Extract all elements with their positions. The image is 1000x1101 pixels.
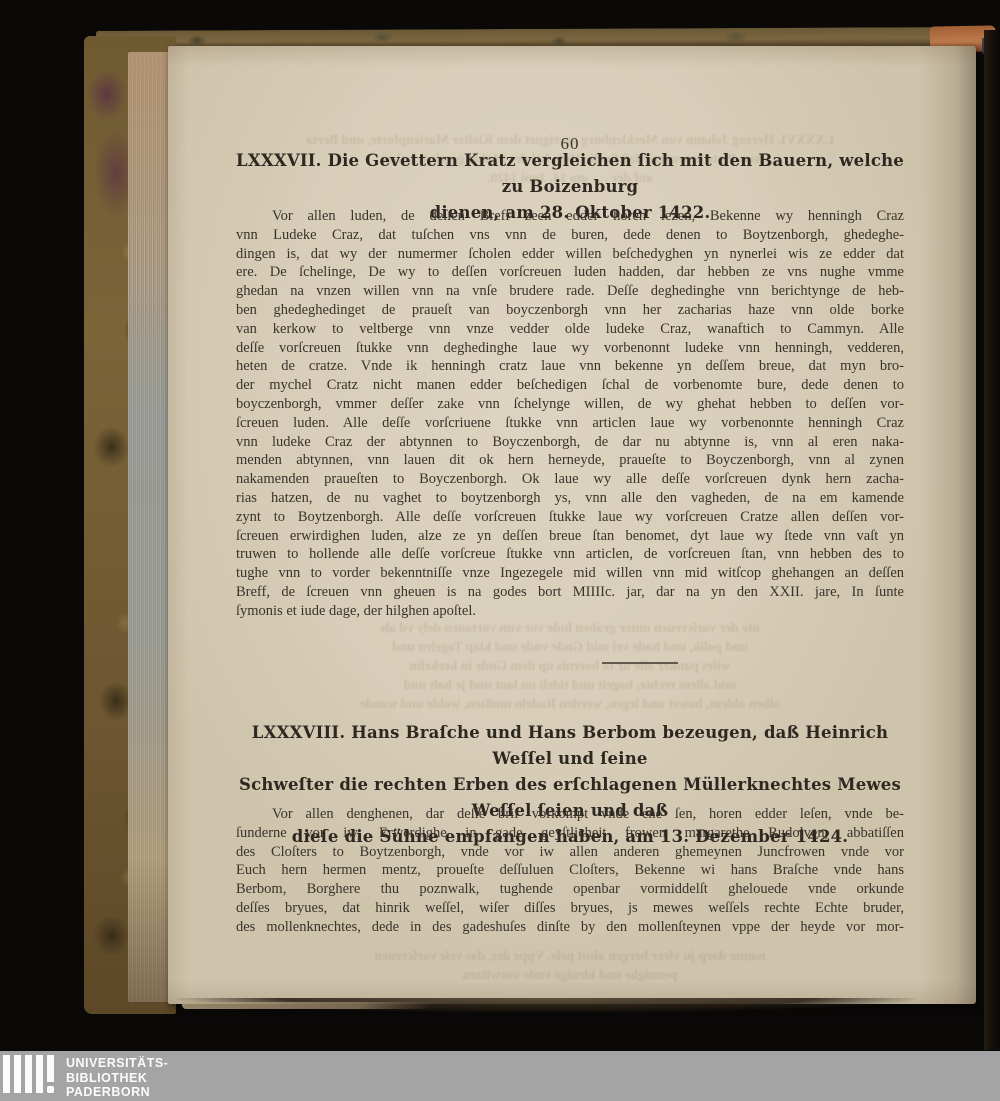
text-line: tughe vnn to vorder bekenntniſſe vnze In… [236, 564, 904, 583]
text-line: deſſes bryues, dat hinrik weſſel, wiſer … [236, 899, 904, 918]
charter-87-body: Vor allen luden, de deſſen Breff zeen ed… [236, 207, 904, 621]
text-line: wiſes panker alle ur to borenis up dem G… [206, 656, 934, 675]
page-bottom-sliver [182, 1002, 432, 1009]
text-line: Vor allen denghenen, dar deſſe brif vork… [236, 805, 904, 824]
text-line: ſcreuen luden. Alle deſſe vorſcriuene ſt… [236, 414, 904, 433]
text-line: ben ghedeghedinget de praueſt van boycze… [236, 301, 904, 320]
text-line: und poſik, und hade vel mid Gude vnde un… [206, 637, 934, 656]
text-line: boyczenborgh, vmmer deſſer zake vnn ſche… [236, 395, 904, 414]
logo-bar [47, 1055, 54, 1082]
text-line: namte darp ju vleer bergen alsut pele. V… [206, 946, 934, 965]
library-logo-icon [3, 1055, 54, 1093]
book-page: LXXXVI. Herzog Johann von Mecklenburg ve… [168, 46, 976, 1004]
text-line: vnn Ludeke Craz, dat tuſchen vns vnn de … [236, 226, 904, 245]
text-line: LXXXVIII. Hans Braſche und Hans Berbom b… [236, 720, 904, 772]
text-line: Vor allen luden, de deſſen Breff zeen ed… [236, 207, 904, 226]
text-line: nakamenden praueſten to Boyczenborgh. Ok… [236, 470, 904, 489]
text-line: der mychel Cratz nicht manen edder beſch… [236, 376, 904, 395]
text-line: pennighe und klenige vnde vorwitzen [206, 965, 934, 984]
logo-bar [14, 1055, 21, 1093]
text-line: van kerkow to veltberge vnn vnze vedder … [236, 320, 904, 339]
bleed-through-text: ute der vorſcreuen unter graben lude vor… [206, 618, 934, 713]
text-line: ere. De ſchelinge, De wy to deſſen vorſc… [236, 263, 904, 282]
text-line: Berbom, Borghere thu poznwalk, tughende … [236, 880, 904, 899]
logo-bar [36, 1055, 43, 1093]
text-line: Euch hern hermen mentz, proueſte deſſulu… [236, 861, 904, 880]
logo-bar [25, 1055, 32, 1093]
book-gutter [984, 30, 1000, 1050]
text-line: des mollenknechtes, dede in des gadeshuſ… [236, 918, 904, 937]
text-line: des Cloſters to Boytzenborgh, vnde vor i… [236, 843, 904, 862]
text-line: Breff, de ſcreuen vnn gheuen is na godes… [236, 583, 904, 602]
text-line: deſſe vorſcreuen ſtukke vnn deghedinghe … [236, 339, 904, 358]
text-line: menden abtynnen, vnn lauen dit ok hern h… [236, 451, 904, 470]
text-line: rias hatzen, de nu vaghet to boytzenborg… [236, 489, 904, 508]
text-line: truwen to hollende alle deſſe vorſcreue … [236, 545, 904, 564]
charter-88-body: Vor allen denghenen, dar deſſe brif vork… [236, 805, 904, 937]
text-line: ute der vorſcreuen unter graben lude vor… [206, 618, 934, 637]
text-line: UNIVERSITÄTS- [66, 1056, 168, 1071]
text-line: BIBLIOTHEK [66, 1071, 168, 1086]
text-line: PADERBORN [66, 1085, 168, 1100]
text-line: heten de cratze. Vnde ik henningh cratz … [236, 357, 904, 376]
text-line: LXXXVII. Die Gevettern Kratz vergleichen… [236, 148, 904, 200]
library-banner: UNIVERSITÄTS-BIBLIOTHEKPADERBORN [0, 1051, 1000, 1101]
text-line: mid allem rechte, hogeſt und tideli un l… [206, 675, 934, 694]
book-scan-viewer: LXXXVI. Herzog Johann von Mecklenburg ve… [0, 0, 1000, 1101]
bleed-through-text: namte darp ju vleer bergen alsut pele. V… [206, 946, 934, 984]
section-divider-rule [602, 662, 678, 664]
logo-exclamation-bar [47, 1055, 54, 1093]
text-line: ghedan na vnzen willen vnn na vnſe brude… [236, 282, 904, 301]
text-line: zynt to Boytzenborgh. Alle deſſe vorſcre… [236, 508, 904, 527]
logo-dot [47, 1086, 54, 1093]
text-line: ſcreuen erwirdighen luden, alze ze yn de… [236, 527, 904, 546]
logo-bar [3, 1055, 10, 1093]
library-name: UNIVERSITÄTS-BIBLIOTHEKPADERBORN [66, 1056, 168, 1100]
text-line: dingen is, dat wy der numermer ſcholen e… [236, 245, 904, 264]
text-line: ſunderne vor iw, Erwerdighe in gade geyſ… [236, 824, 904, 843]
text-line: vnn ludeke Craz der abtynnen to Boyczenb… [236, 433, 904, 452]
text-line: alben aldent, hawet und legen, werden Ra… [206, 694, 934, 713]
